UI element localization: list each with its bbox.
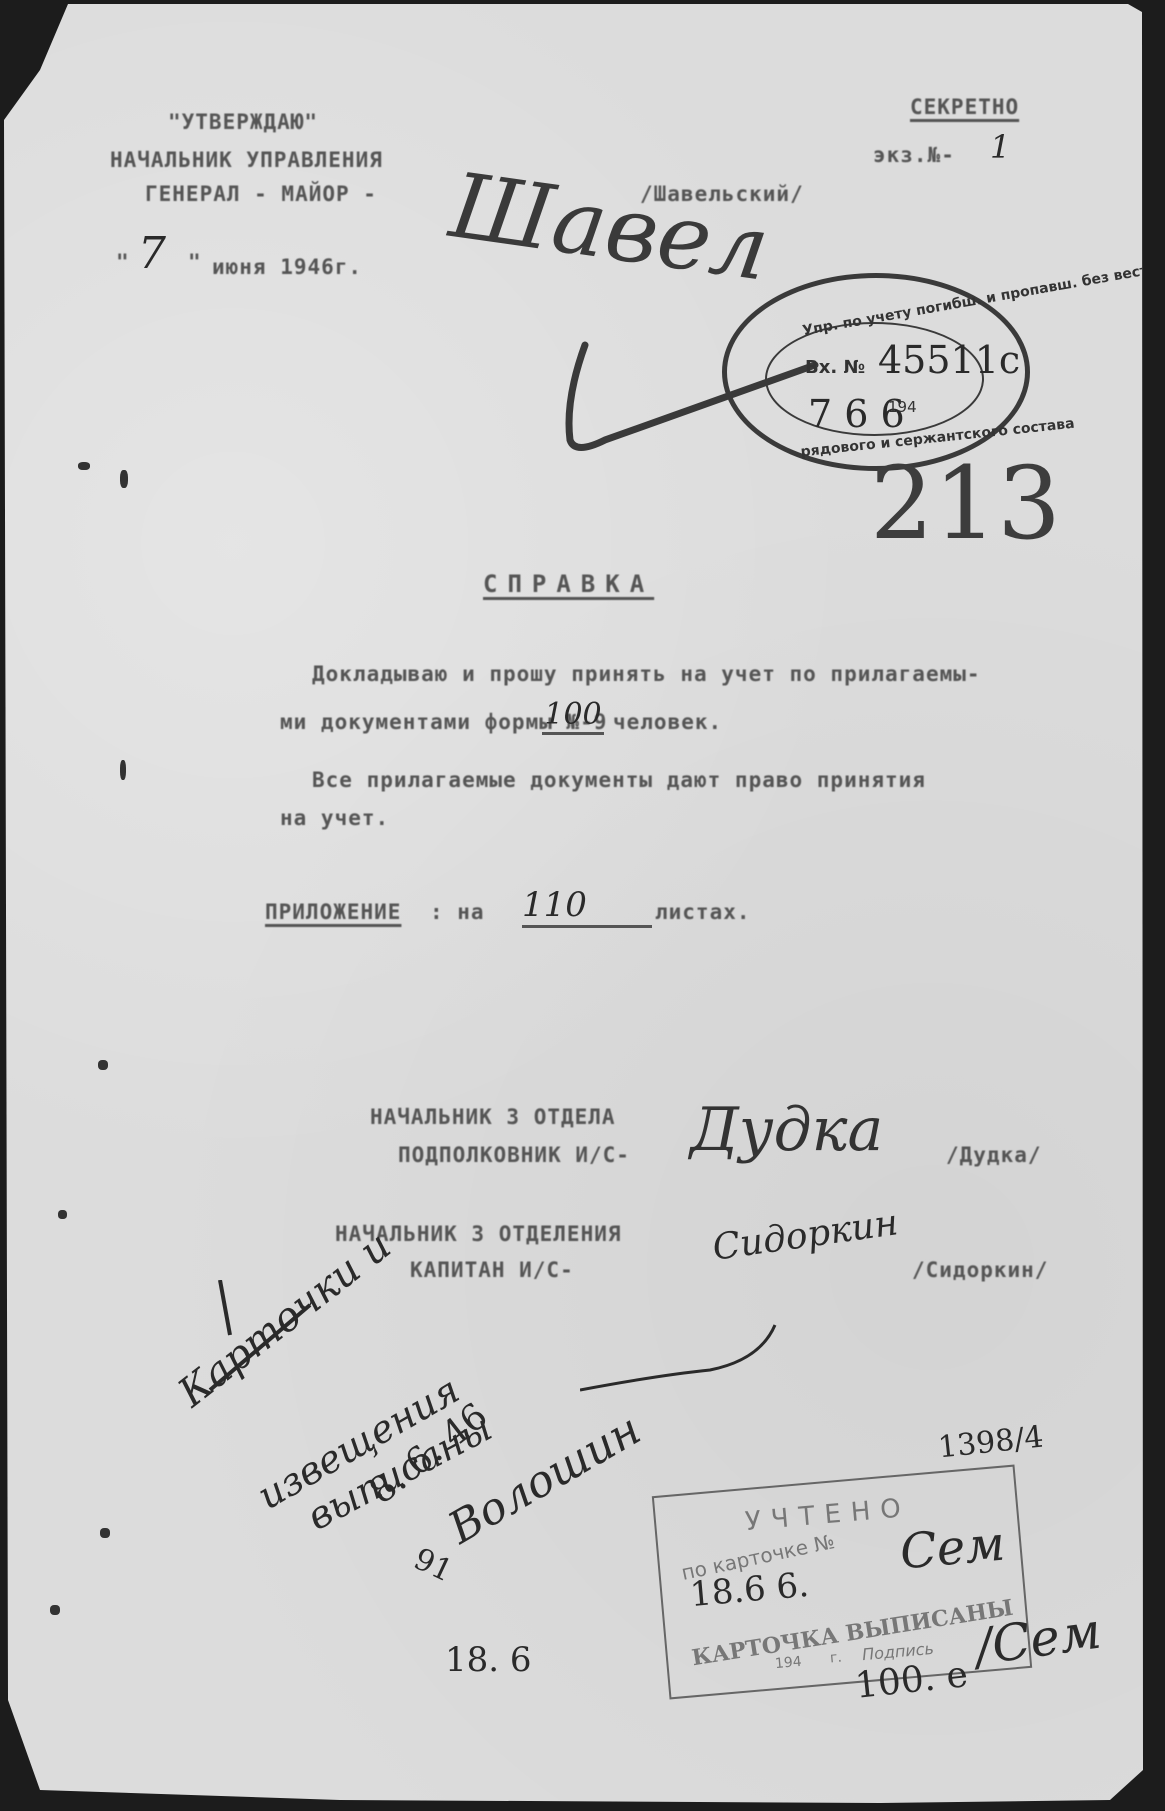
resolution-signature-flourish — [580, 1320, 780, 1400]
signer2-position-line2: КАПИТАН И/С- — [410, 1258, 574, 1282]
binding-hole — [50, 1605, 60, 1615]
stamp-in-number: 45511с — [878, 338, 1020, 382]
approval-signature: Шавел — [444, 153, 775, 301]
binding-hole — [120, 470, 128, 488]
signer1-signature: Дудка — [690, 1095, 883, 1165]
approval-position-line2: ГЕНЕРАЛ - МАЙОР - — [145, 182, 377, 206]
approval-position-line1: НАЧАЛЬНИК УПРАВЛЕНИЯ — [110, 148, 383, 172]
binding-hole — [100, 1528, 110, 1538]
attachment-label: ПРИЛОЖЕНИЕ — [265, 900, 401, 924]
binding-hole — [78, 462, 90, 470]
attachment-prefix: : на — [430, 900, 485, 924]
body-paragraph2-line2: на учет. — [280, 806, 389, 830]
copy-label: экз.№- — [873, 143, 955, 167]
attachment-suffix: листах. — [655, 900, 751, 924]
stamp-in-label: Вх. № — [805, 357, 865, 378]
signer1-position-line2: ПОДПОЛКОВНИК И/С- — [398, 1143, 630, 1167]
binding-hole — [120, 760, 126, 780]
attachment-sheets: 110 — [522, 885, 652, 928]
approval-date-day: 7 — [138, 228, 166, 279]
accounted-stamp-signature: Сем — [898, 1516, 1007, 1581]
copy-number: 1 — [990, 128, 1010, 166]
note-91: 91 — [408, 1542, 457, 1590]
approval-date-quote-open: " — [116, 250, 130, 274]
signer2-signature: Сидоркин — [710, 1202, 901, 1269]
body-paragraph1-line1: Докладываю и прошу принять на учет по пр… — [312, 662, 981, 686]
accounted-stamp-g: г. — [829, 1650, 842, 1667]
registration-number: 1398/4 — [936, 1420, 1045, 1466]
stamp-year: 194 — [888, 398, 917, 416]
approval-label: "УТВЕРЖДАЮ" — [168, 110, 318, 134]
binding-hole — [98, 1060, 108, 1070]
document-title: СПРАВКА — [483, 570, 654, 598]
approval-date-quote-close: " — [188, 250, 202, 274]
signer1-name: /Дудка/ — [946, 1143, 1042, 1167]
approval-date-rest: июня 1946г. — [212, 255, 362, 279]
body-count: 100 — [542, 697, 604, 735]
classification-label: СЕКРЕТНО — [910, 95, 1019, 119]
note-date: 18. 6 — [445, 1640, 532, 1680]
signer1-position-line1: НАЧАЛЬНИК 3 ОТДЕЛА — [370, 1105, 616, 1129]
document-page: "УТВЕРЖДАЮ" НАЧАЛЬНИК УПРАВЛЕНИЯ ГЕНЕРАЛ… — [0, 0, 1165, 1811]
margin-note-number: 213 — [870, 445, 1061, 562]
body-paragraph1-line2-suffix: человек. — [613, 710, 722, 734]
accounted-stamp-year: 194 — [774, 1654, 802, 1672]
signer2-name: /Сидоркин/ — [912, 1258, 1048, 1282]
body-paragraph2-line1: Все прилагаемые документы дают право при… — [312, 768, 926, 792]
binding-hole — [58, 1210, 67, 1219]
